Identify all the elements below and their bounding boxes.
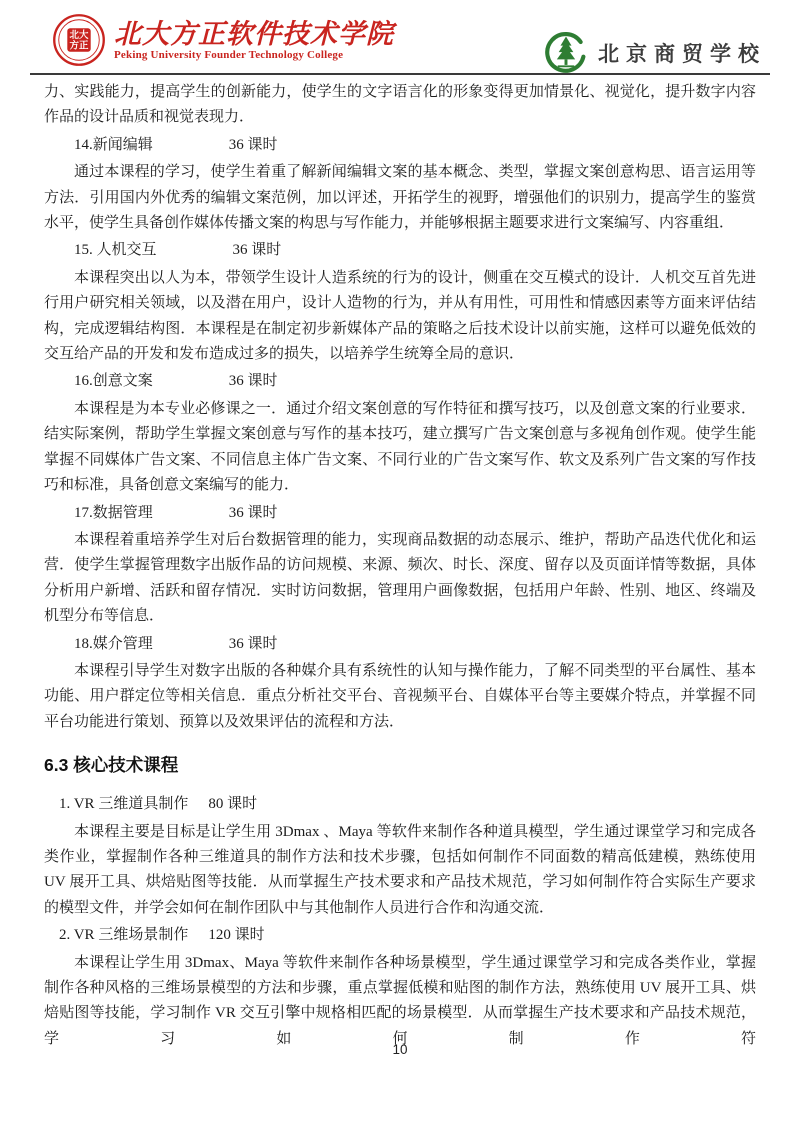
course-title: 15. 人机交互 <box>74 242 157 258</box>
course-title: 18.媒介管理 <box>74 636 153 652</box>
course-title-line-14: 14.新闻编辑36 课时 <box>44 133 756 158</box>
course-hours: 36 课时 <box>229 505 278 521</box>
pine-tree-emblem-icon <box>544 31 588 75</box>
course-hours: 36 课时 <box>229 137 278 153</box>
tech-course-description-2: 本课程让学生用 3Dmax、Maya 等软件来制作各种场景模型，学生通过课堂学习… <box>44 951 756 1053</box>
course-title-line-16: 16.创意文案36 课时 <box>44 369 756 394</box>
founder-seal-icon: 北大 方正 <box>52 13 106 67</box>
course-hours: 36 课时 <box>229 636 278 652</box>
founder-college-name-cn: 北大方正软件技术学院 <box>114 19 394 49</box>
course-title: 14.新闻编辑 <box>74 137 153 153</box>
course-description-17: 本课程着重培养学生对后台数据管理的能力，实现商品数据的动态展示、维护，帮助产品迭… <box>44 528 756 630</box>
tech-course-description-1: 本课程主要是目标是让学生用 3Dmax 、Maya 等软件来制作各种道具模型，学… <box>44 820 756 922</box>
founder-college-logo: 北大 方正 北大方正软件技术学院 Peking University Found… <box>52 13 394 67</box>
commerce-school-name: 北京商贸学校 <box>598 38 766 68</box>
svg-text:方正: 方正 <box>70 40 89 52</box>
course-description-14: 通过本课程的学习，使学生着重了解新闻编辑文案的基本概念、类型，掌握文案创意构思、… <box>44 160 756 236</box>
course-hours: 36 课时 <box>233 242 282 258</box>
founder-college-name-en: Peking University Founder Technology Col… <box>114 49 394 62</box>
course-title: 2. VR 三维场景制作 <box>59 927 188 943</box>
course-title-line-17: 17.数据管理36 课时 <box>44 501 756 526</box>
course-title-line-18: 18.媒介管理36 课时 <box>44 632 756 657</box>
page-header: 北大 方正 北大方正软件技术学院 Peking University Found… <box>0 0 800 72</box>
commerce-school-logo: 北京商贸学校 <box>544 31 766 75</box>
svg-text:北大: 北大 <box>70 29 89 41</box>
course-title-line-15: 15. 人机交互36 课时 <box>44 238 756 263</box>
course-title: 17.数据管理 <box>74 505 153 521</box>
page-number: 10 <box>0 1042 800 1057</box>
section-heading-6-3: 6.3 核心技术课程 <box>44 752 756 777</box>
document-page: 北大 方正 北大方正软件技术学院 Peking University Found… <box>0 0 800 1131</box>
tech-course-title-line-1: 1. VR 三维道具制作80 课时 <box>44 792 756 817</box>
course-description-18: 本课程引导学生对数字出版的各种媒介具有系统性的认知与操作能力，了解不同类型的平台… <box>44 659 756 735</box>
founder-logo-text: 北大方正软件技术学院 Peking University Founder Tec… <box>114 19 394 62</box>
document-body: 力、实践能力，提高学生的创新能力，使学生的文字语言化的形象变得更加情景化、视觉化… <box>0 75 800 1052</box>
course-description-15: 本课程突出以人为本，带领学生设计人造系统的行为的设计，侧重在交互模式的设计．人机… <box>44 266 756 368</box>
course-title: 16.创意文案 <box>74 373 153 389</box>
course-hours: 80 课时 <box>208 796 257 812</box>
course-hours: 120 课时 <box>208 927 264 943</box>
course-hours: 36 课时 <box>229 373 278 389</box>
course-title: 1. VR 三维道具制作 <box>59 796 188 812</box>
course-description-16: 本课程是为本专业必修课之一．通过介绍文案创意的写作特征和撰写技巧，以及创意文案的… <box>44 397 756 499</box>
intro-continuation-paragraph: 力、实践能力，提高学生的创新能力，使学生的文字语言化的形象变得更加情景化、视觉化… <box>44 80 756 131</box>
tech-course-title-line-2: 2. VR 三维场景制作120 课时 <box>44 923 756 948</box>
